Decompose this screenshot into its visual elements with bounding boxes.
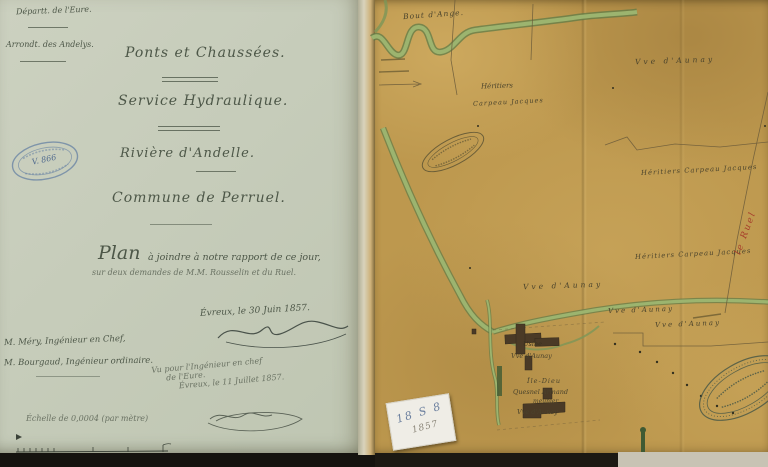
map-label-ile-dieu: Île-Dieu	[527, 377, 561, 385]
channel-bank	[497, 366, 502, 396]
map-stamp-dark	[417, 125, 489, 180]
officials-rule	[36, 376, 100, 377]
scale-bar	[8, 428, 178, 460]
river-heading: Rivière d'Andelle.	[120, 146, 255, 161]
heading1-rule	[162, 77, 218, 82]
heading3-rule	[196, 171, 236, 172]
map-label-vve-usine: Vve d'Aunay	[511, 352, 552, 360]
map-stamp-archive	[689, 342, 768, 433]
archive-stamp: V. 866	[6, 133, 83, 189]
department-label: Départt. de l'Eure.	[16, 5, 92, 17]
hydraulique-heading: Service Hydraulique.	[118, 93, 288, 109]
cote-tag: 18 S 8 1857	[386, 393, 457, 450]
plan-word: Plan	[98, 242, 140, 264]
visa-signature-flourish	[200, 403, 312, 435]
cote-tag-line2: 1857	[411, 419, 440, 436]
map-label-usine: Usine	[523, 340, 542, 348]
official-1: M. Méry, Ingénieur en Chef,	[4, 334, 126, 348]
scale-label: Échelle de 0,0004 (par mètre)	[26, 414, 148, 423]
signature-flourish	[212, 312, 352, 350]
body-line-2: sur deux demandes de M.M. Rousselin et d…	[92, 268, 296, 277]
arrondissement-underline	[20, 61, 66, 62]
archival-scan: Départt. de l'Eure. Arrondt. des Andelys…	[0, 0, 768, 467]
scan-bed-dark	[375, 453, 625, 467]
visa-block: Vu pour l'Ingénieur en chef de l'Eure. É…	[151, 354, 285, 392]
heading2-rule	[158, 126, 220, 131]
commune-heading: Commune de Perruel.	[112, 190, 286, 206]
arrondissement-label: Arrondt. des Andelys.	[6, 40, 94, 49]
document-page: Départt. de l'Eure. Arrondt. des Andelys…	[0, 0, 358, 453]
page-fold-edge	[358, 0, 375, 455]
map-drawing	[375, 0, 768, 455]
scan-bed-light	[618, 452, 768, 467]
department-underline	[28, 27, 68, 28]
map-label-heritiers-top: Héritiers	[481, 81, 513, 90]
map-label-meunier: meunier	[533, 398, 558, 405]
heading4-rule	[150, 224, 212, 225]
map-label-vve-ile: Vve d'Aunay	[517, 408, 558, 416]
map-sheet: Bout d'Ange. Héritiers Carpeau Jacques V…	[375, 0, 768, 455]
map-label-quesnel: Quesnel Armand	[513, 388, 568, 396]
official-2: M. Bourgaud, Ingénieur ordinaire.	[4, 356, 153, 369]
service-heading: Ponts et Chaussées.	[125, 45, 286, 61]
body-line-1: à joindre à notre rapport de ce jour,	[148, 252, 321, 263]
